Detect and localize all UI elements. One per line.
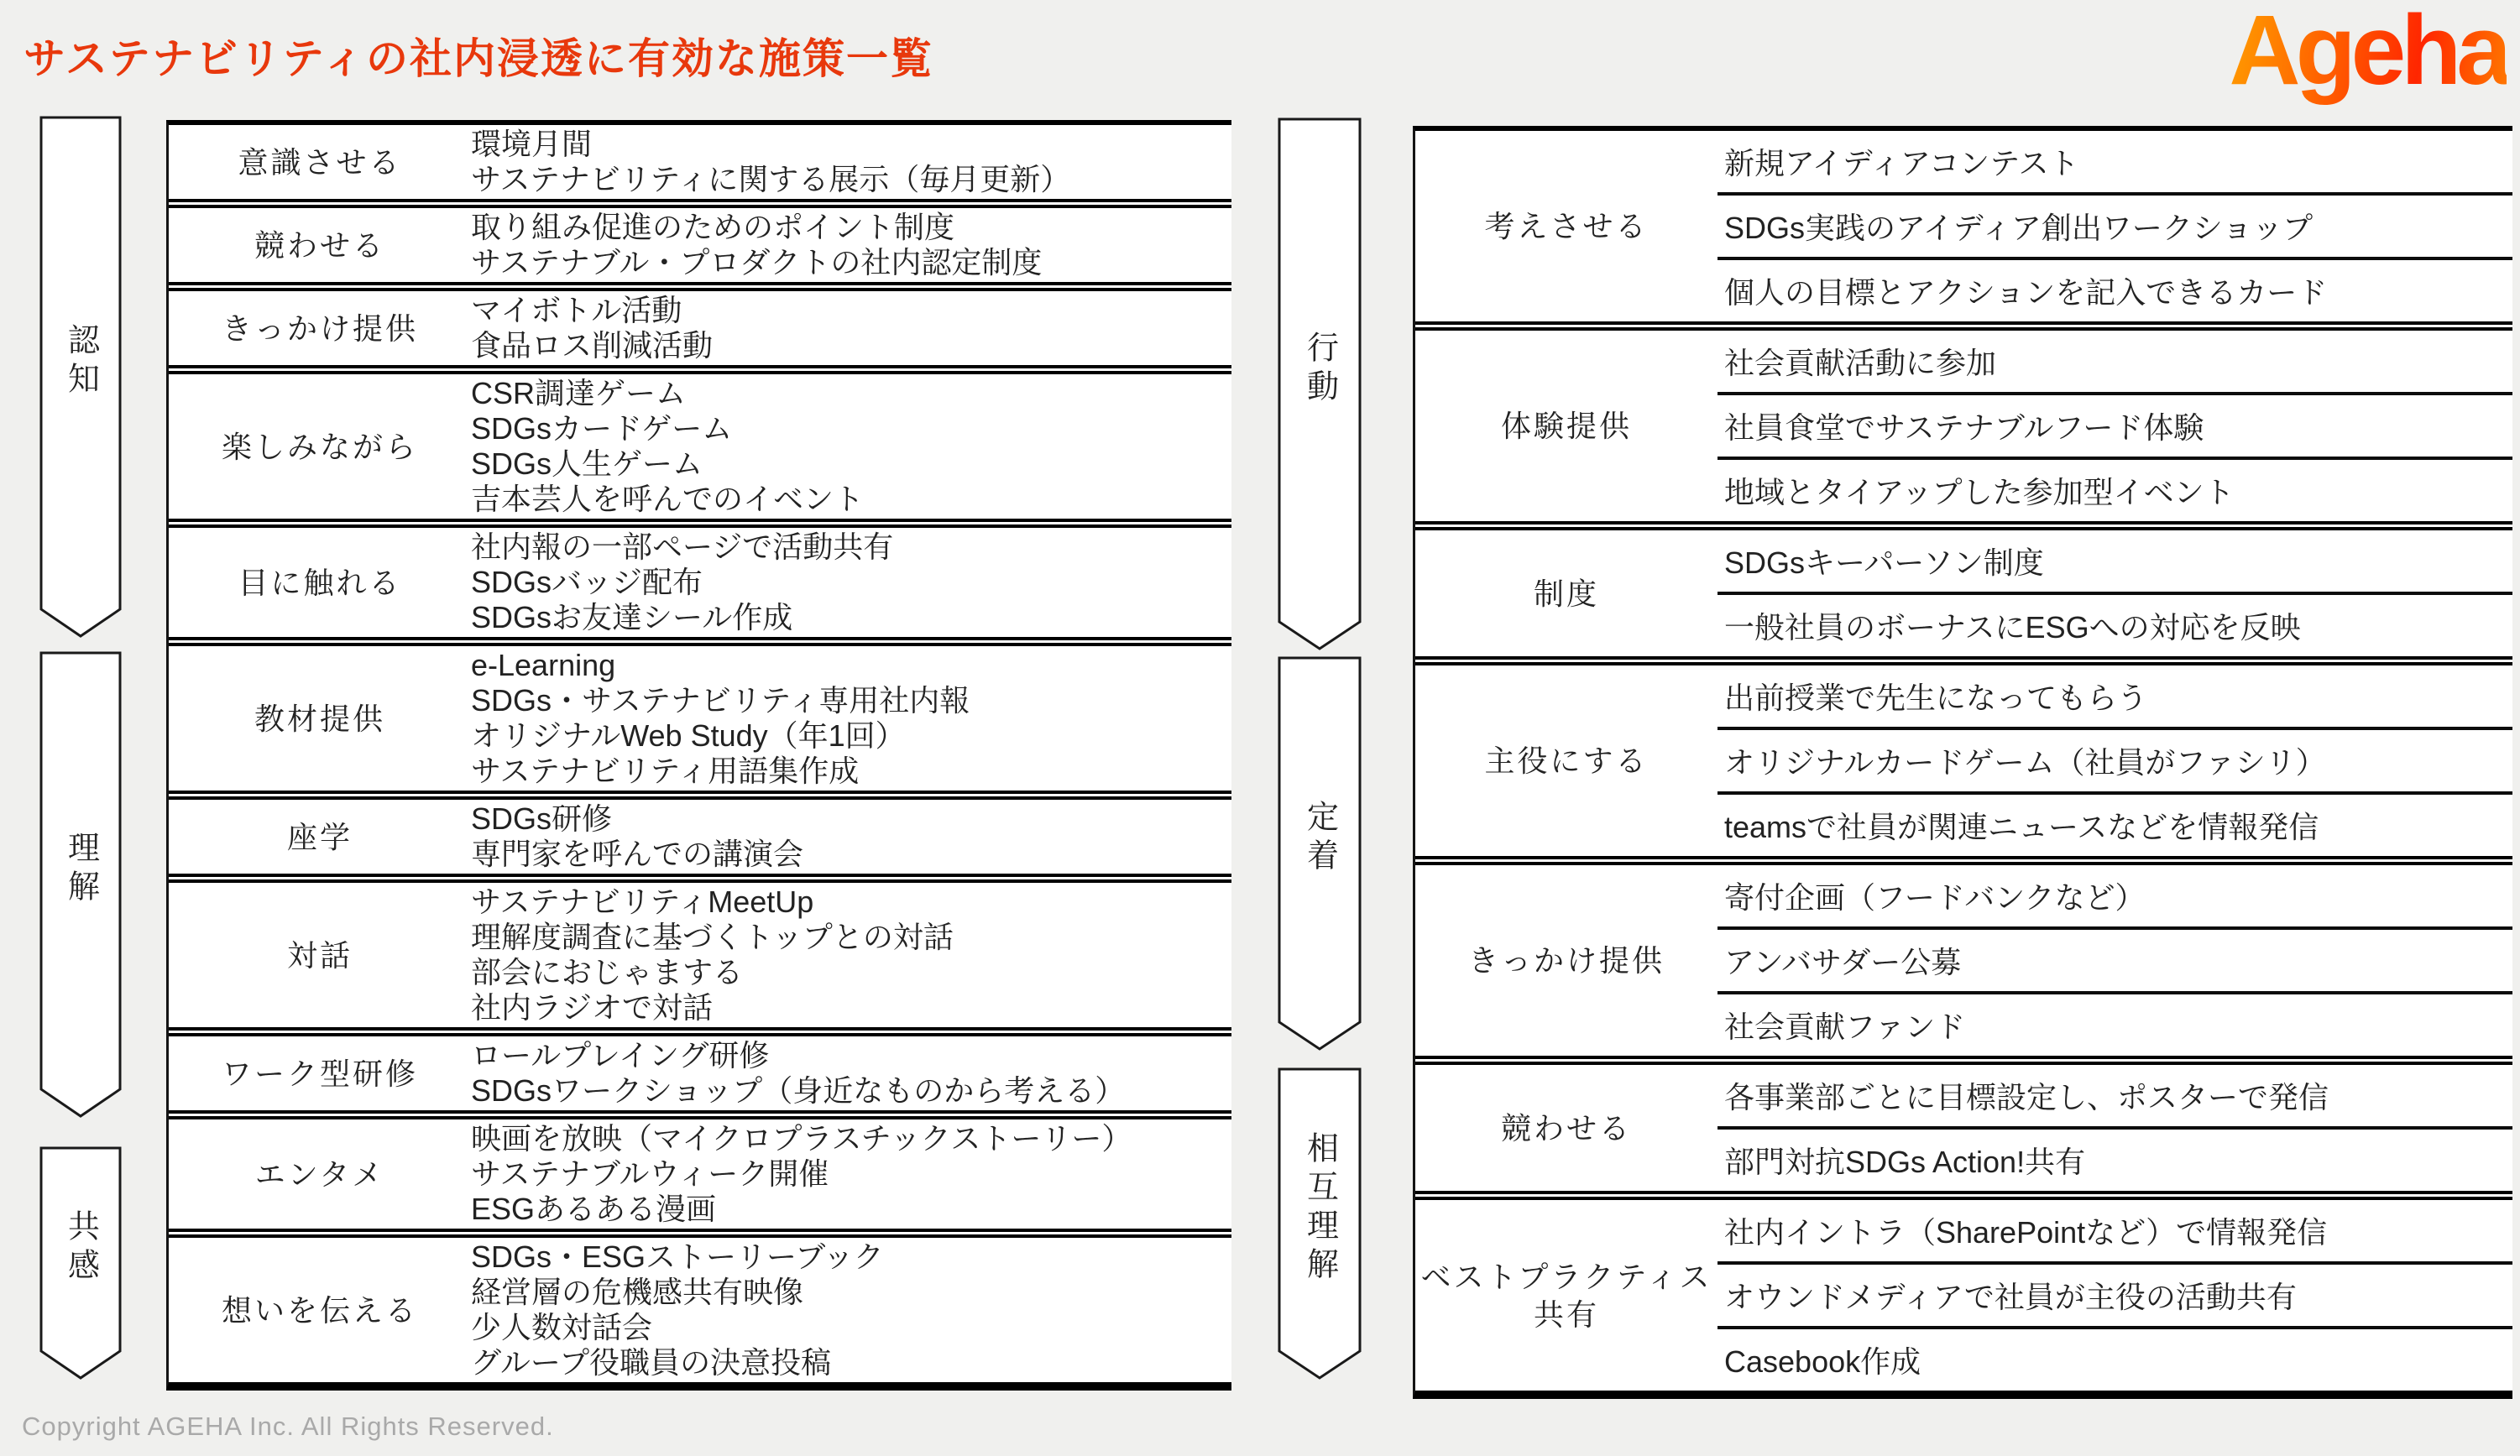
stage-arrow: 行動 xyxy=(1278,117,1362,650)
items-cell: SDGs研修専門家を呼んでの講演会 xyxy=(471,800,1231,874)
stage-arrow: 理解 xyxy=(39,651,122,1118)
measure-item: CSR調達ゲーム xyxy=(471,376,1231,411)
stage-arrow: 相互理解 xyxy=(1278,1067,1362,1380)
measure-item: 社会貢献ファンド xyxy=(1717,991,2512,1056)
measure-item: teamsで社員が関連ニュースなどを情報発信 xyxy=(1717,791,2512,856)
category-label: ワーク型研修 xyxy=(169,1036,471,1110)
measure-item: Casebook作成 xyxy=(1717,1326,2512,1391)
measure-item: サステナビリティMeetUp xyxy=(471,885,1231,920)
items-cell: 社会貢献活動に参加社員食堂でサステナブルフード体験地域とタイアップした参加型イベ… xyxy=(1717,331,2512,521)
measure-item: オリジナルWeb Study（年1回） xyxy=(471,718,1231,754)
table-row: 考えさせる新規アイディアコンテストSDGs実践のアイディア創出ワークショップ個人… xyxy=(1415,131,2512,321)
measure-item: 社会貢献活動に参加 xyxy=(1717,331,2512,392)
category-label: 想いを伝える xyxy=(169,1238,471,1382)
measure-item: SDGsお友達シール作成 xyxy=(471,600,1231,635)
measure-item: アンバサダー公募 xyxy=(1717,926,2512,991)
items-cell: 取り組み促進のためのポイント制度サステナブル・プロダクトの社内認定制度 xyxy=(471,208,1231,282)
category-label: 体験提供 xyxy=(1415,331,1717,521)
table-row: 座学SDGs研修専門家を呼んでの講演会 xyxy=(169,791,1231,874)
category-label: 意識させる xyxy=(169,125,471,199)
measure-item: SDGs・サステナビリティ専用社内報 xyxy=(471,683,1231,718)
items-cell: SDGsキーパーソン制度一般社員のボーナスにESGへの対応を反映 xyxy=(1717,530,2512,656)
measure-item: 社内報の一部ページで活動共有 xyxy=(471,530,1231,565)
table-row: 想いを伝えるSDGs・ESGストーリーブック経営層の危機感共有映像少人数対話会グ… xyxy=(169,1229,1231,1382)
table-row: 目に触れる社内報の一部ページで活動共有SDGsバッジ配布SDGsお友達シール作成 xyxy=(169,519,1231,637)
category-label: 対話 xyxy=(169,883,471,1027)
items-cell: サステナビリティMeetUp理解度調査に基づくトップとの対話部会におじゃまする社… xyxy=(471,883,1231,1027)
measure-item: オウンドメディアで社員が主役の活動共有 xyxy=(1717,1261,2512,1326)
category-label: 競わせる xyxy=(1415,1065,1717,1191)
measure-item: 部門対抗SDGs Action!共有 xyxy=(1717,1126,2512,1191)
measure-item: SDGsカードゲーム xyxy=(471,411,1231,446)
stage-label: 理解 xyxy=(39,651,122,1088)
table-row: 対話サステナビリティMeetUp理解度調査に基づくトップとの対話部会におじゃます… xyxy=(169,874,1231,1027)
category-label: きっかけ提供 xyxy=(1415,865,1717,1056)
measure-item: SDGs実践のアイディア創出ワークショップ xyxy=(1717,192,2512,257)
right-measures-table: 考えさせる新規アイディアコンテストSDGs実践のアイディア創出ワークショップ個人… xyxy=(1413,126,2512,1399)
category-label: エンタメ xyxy=(169,1119,471,1229)
measure-item: サステナブルウィーク開催 xyxy=(471,1156,1231,1192)
items-cell: 社内イントラ（SharePointなど）で情報発信オウンドメディアで社員が主役の… xyxy=(1717,1200,2512,1391)
measure-item: 理解度調査に基づくトップとの対話 xyxy=(471,920,1231,955)
items-cell: 映画を放映（マイクロプラスチックストーリー）サステナブルウィーク開催ESGあるあ… xyxy=(471,1119,1231,1229)
measure-item: SDGs人生ゲーム xyxy=(471,446,1231,482)
table-row: 制度SDGsキーパーソン制度一般社員のボーナスにESGへの対応を反映 xyxy=(1415,521,2512,656)
stage-arrow: 認知 xyxy=(39,116,122,638)
table-row: 教材提供e-LearningSDGs・サステナビリティ専用社内報オリジナルWeb… xyxy=(169,637,1231,791)
measure-item: 地域とタイアップした参加型イベント xyxy=(1717,457,2512,521)
measure-item: 寄付企画（フードバンクなど） xyxy=(1717,865,2512,926)
category-label: 競わせる xyxy=(169,208,471,282)
measure-item: マイボトル活動 xyxy=(471,293,1231,328)
category-label: ベストプラクティス共有 xyxy=(1415,1200,1717,1391)
stage-label: 相互理解 xyxy=(1278,1067,1362,1349)
measure-item: 社員食堂でサステナブルフード体験 xyxy=(1717,392,2512,457)
stage-arrow: 共感 xyxy=(39,1146,122,1380)
measure-item: 取り組み促進のためのポイント制度 xyxy=(471,210,1231,245)
stage-label: 認知 xyxy=(39,116,122,608)
measure-item: 少人数対話会 xyxy=(471,1310,1231,1345)
measure-item: 経営層の危機感共有映像 xyxy=(471,1275,1231,1310)
table-row: 楽しみながらCSR調達ゲームSDGsカードゲームSDGs人生ゲーム吉本芸人を呼ん… xyxy=(169,365,1231,519)
measure-item: サステナビリティ用語集作成 xyxy=(471,754,1231,789)
measure-item: SDGsバッジ配布 xyxy=(471,565,1231,600)
category-label: 教材提供 xyxy=(169,646,471,791)
items-cell: ロールプレイング研修SDGsワークショップ（身近なものから考える） xyxy=(471,1036,1231,1110)
category-label: 座学 xyxy=(169,800,471,874)
category-label: 楽しみながら xyxy=(169,374,471,519)
measure-item: SDGs・ESGストーリーブック xyxy=(471,1239,1231,1275)
measure-item: 食品ロス削減活動 xyxy=(471,328,1231,363)
category-label: 考えさせる xyxy=(1415,131,1717,321)
items-cell: 新規アイディアコンテストSDGs実践のアイディア創出ワークショップ個人の目標とア… xyxy=(1717,131,2512,321)
measure-item: e-Learning xyxy=(471,648,1231,683)
table-row: きっかけ提供マイボトル活動食品ロス削減活動 xyxy=(169,282,1231,365)
table-row: ベストプラクティス共有社内イントラ（SharePointなど）で情報発信オウンド… xyxy=(1415,1191,2512,1391)
items-cell: e-LearningSDGs・サステナビリティ専用社内報オリジナルWeb Stu… xyxy=(471,646,1231,791)
measure-item: サステナビリティに関する展示（毎月更新） xyxy=(471,162,1231,197)
stage-label: 共感 xyxy=(39,1146,122,1349)
page-title: サステナビリティの社内浸透に有効な施策一覧 xyxy=(24,25,933,86)
table-row: 競わせる各事業部ごとに目標設定し、ポスターで発信部門対抗SDGs Action!… xyxy=(1415,1056,2512,1191)
measure-item: 社内ラジオで対話 xyxy=(471,990,1231,1025)
measure-item: 一般社員のボーナスにESGへの対応を反映 xyxy=(1717,592,2512,656)
left-measures-table: 意識させる環境月間サステナビリティに関する展示（毎月更新）競わせる取り組み促進の… xyxy=(166,120,1231,1391)
measure-item: 部会におじゃまする xyxy=(471,955,1231,990)
measure-item: 各事業部ごとに目標設定し、ポスターで発信 xyxy=(1717,1065,2512,1126)
measure-item: グループ役職員の決意投稿 xyxy=(471,1345,1231,1380)
table-row: ワーク型研修ロールプレイング研修SDGsワークショップ（身近なものから考える） xyxy=(169,1027,1231,1110)
measure-item: 専門家を呼んでの講演会 xyxy=(471,837,1231,872)
measure-item: ESGあるある漫画 xyxy=(471,1192,1231,1227)
items-cell: マイボトル活動食品ロス削減活動 xyxy=(471,291,1231,365)
table-row: きっかけ提供寄付企画（フードバンクなど）アンバサダー公募社会貢献ファンド xyxy=(1415,856,2512,1056)
items-cell: 社内報の一部ページで活動共有SDGsバッジ配布SDGsお友達シール作成 xyxy=(471,528,1231,637)
ageha-logo: Ageha xyxy=(2229,0,2507,107)
measure-item: 映画を放映（マイクロプラスチックストーリー） xyxy=(471,1121,1231,1156)
measure-item: 社内イントラ（SharePointなど）で情報発信 xyxy=(1717,1200,2512,1261)
measure-item: サステナブル・プロダクトの社内認定制度 xyxy=(471,245,1231,280)
measure-item: 新規アイディアコンテスト xyxy=(1717,131,2512,192)
measure-item: 吉本芸人を呼んでのイベント xyxy=(471,482,1231,517)
table-row: 体験提供社会貢献活動に参加社員食堂でサステナブルフード体験地域とタイアップした参… xyxy=(1415,321,2512,521)
category-label: 目に触れる xyxy=(169,528,471,637)
measure-item: SDGs研修 xyxy=(471,801,1231,837)
table-row: 競わせる取り組み促進のためのポイント制度サステナブル・プロダクトの社内認定制度 xyxy=(169,199,1231,282)
items-cell: 寄付企画（フードバンクなど）アンバサダー公募社会貢献ファンド xyxy=(1717,865,2512,1056)
copyright-text: Copyright AGEHA Inc. All Rights Reserved… xyxy=(22,1412,554,1442)
stage-arrow: 定着 xyxy=(1278,656,1362,1051)
items-cell: 出前授業で先生になってもらうオリジナルカードゲーム（社員がファシリ）teamsで… xyxy=(1717,665,2512,856)
items-cell: 各事業部ごとに目標設定し、ポスターで発信部門対抗SDGs Action!共有 xyxy=(1717,1065,2512,1191)
items-cell: SDGs・ESGストーリーブック経営層の危機感共有映像少人数対話会グループ役職員… xyxy=(471,1238,1231,1382)
slide-page: サステナビリティの社内浸透に有効な施策一覧 Ageha 認知理解共感 意識させる… xyxy=(0,0,2520,1456)
items-cell: CSR調達ゲームSDGsカードゲームSDGs人生ゲーム吉本芸人を呼んでのイベント xyxy=(471,374,1231,519)
measure-item: 環境月間 xyxy=(471,127,1231,162)
category-label: 主役にする xyxy=(1415,665,1717,856)
table-row: 意識させる環境月間サステナビリティに関する展示（毎月更新） xyxy=(169,125,1231,199)
measure-item: SDGsキーパーソン制度 xyxy=(1717,530,2512,592)
table-row: エンタメ映画を放映（マイクロプラスチックストーリー）サステナブルウィーク開催ES… xyxy=(169,1110,1231,1229)
measure-item: 個人の目標とアクションを記入できるカード xyxy=(1717,257,2512,321)
stage-label: 行動 xyxy=(1278,117,1362,620)
measure-item: SDGsワークショップ（身近なものから考える） xyxy=(471,1073,1231,1109)
table-row: 主役にする出前授業で先生になってもらうオリジナルカードゲーム（社員がファシリ）t… xyxy=(1415,656,2512,856)
stage-label: 定着 xyxy=(1278,656,1362,1020)
items-cell: 環境月間サステナビリティに関する展示（毎月更新） xyxy=(471,125,1231,199)
measure-item: オリジナルカードゲーム（社員がファシリ） xyxy=(1717,727,2512,791)
category-label: 制度 xyxy=(1415,530,1717,656)
measure-item: ロールプレイング研修 xyxy=(471,1038,1231,1073)
category-label: きっかけ提供 xyxy=(169,291,471,365)
measure-item: 出前授業で先生になってもらう xyxy=(1717,665,2512,727)
